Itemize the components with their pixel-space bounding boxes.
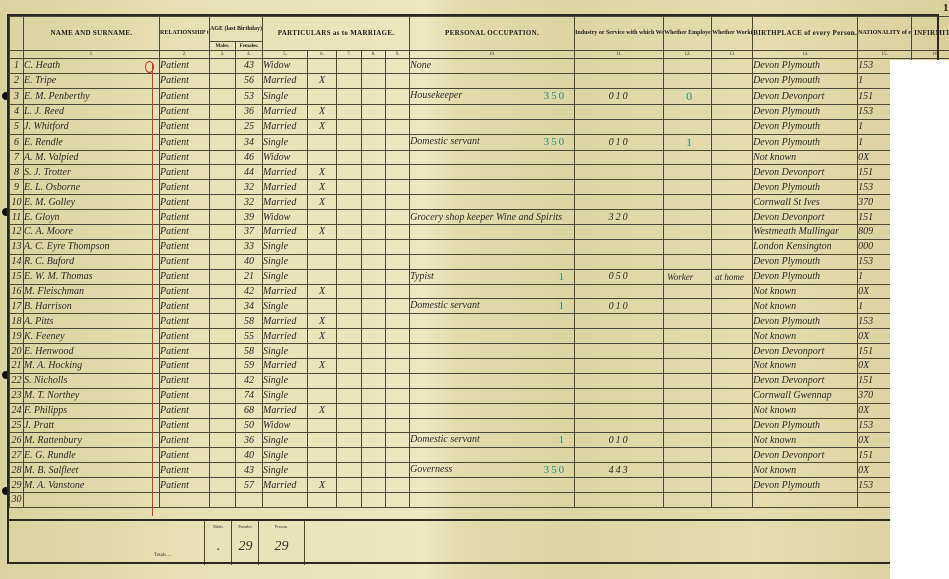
sheet-border [7, 14, 939, 564]
redaction-box [890, 60, 949, 579]
page-number: 17 [943, 2, 949, 14]
